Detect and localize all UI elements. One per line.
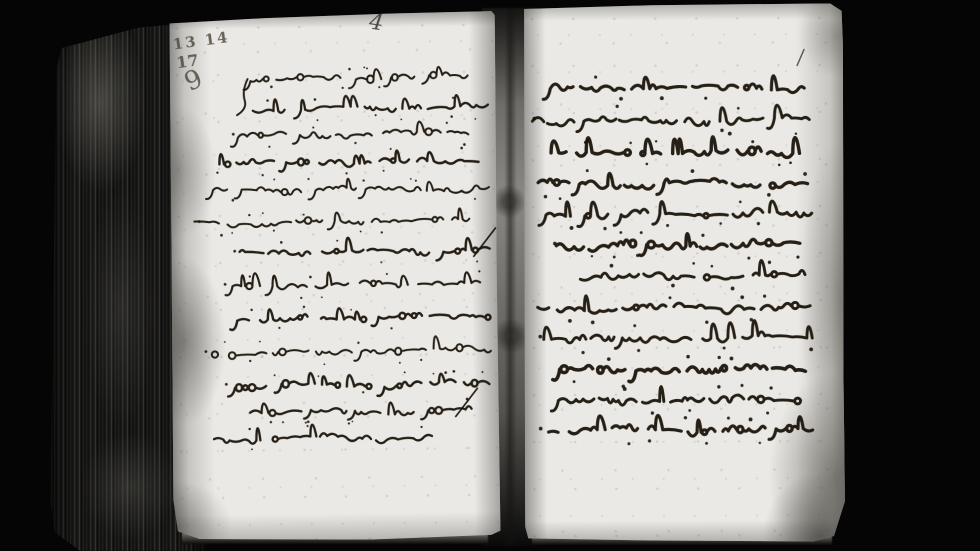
- left-page-handwriting: [167, 10, 501, 542]
- photo-stage: 4 13 14 17 9: [0, 0, 980, 551]
- right-page: [523, 3, 845, 542]
- left-page: 4 13 14 17 9: [167, 10, 501, 542]
- right-page-handwriting: [523, 3, 845, 542]
